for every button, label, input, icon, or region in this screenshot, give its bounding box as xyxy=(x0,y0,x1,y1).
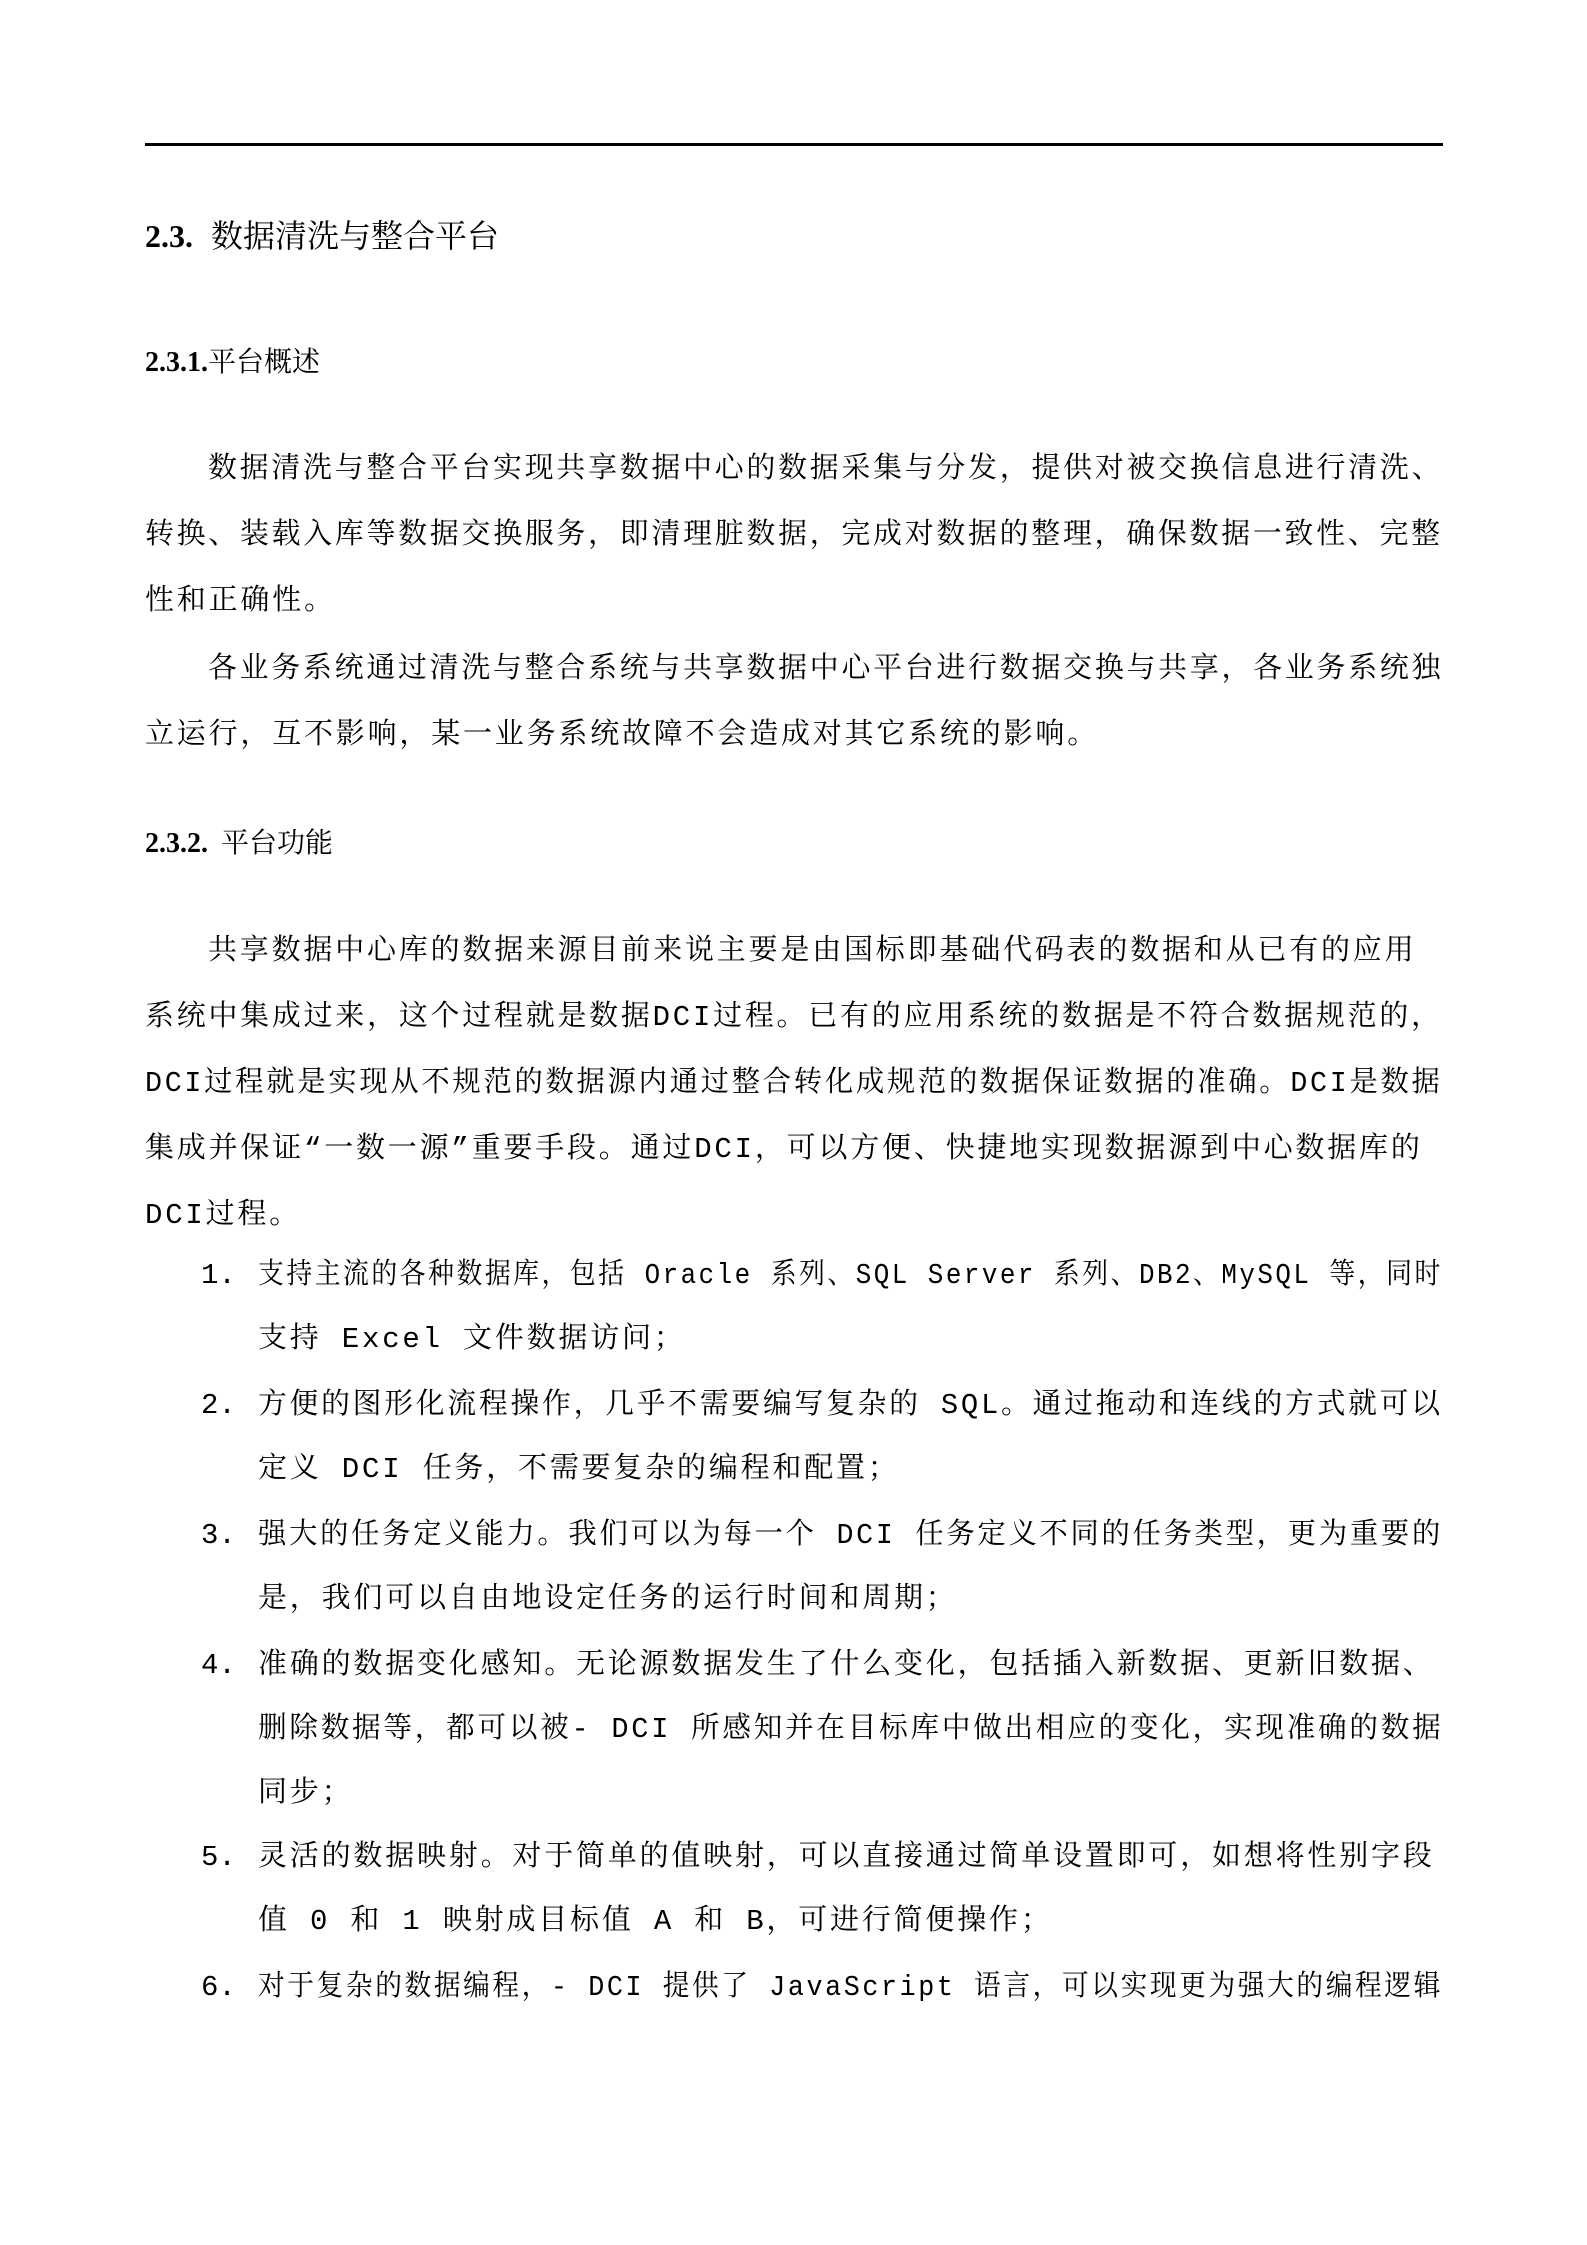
list-number: 5. xyxy=(201,1838,236,1878)
paragraph-line: 共享数据中心库的数据来源目前来说主要是由国标即基础代码表的数据和从已有的应用 xyxy=(208,932,1443,972)
paragraph-line: 各业务系统通过清洗与整合系统与共享数据中心平台进行数据交换与共享，各业务系统独 xyxy=(208,650,1438,690)
list-line: 支持 Excel 文件数据访问； xyxy=(258,1320,686,1360)
list-number: 6. xyxy=(201,1968,236,2008)
list-line: 支持主流的各种数据库，包括 Oracle 系列、SQL Server 系列、DB… xyxy=(258,1256,1443,1296)
section-number: 2.3. xyxy=(145,218,193,254)
list-line: 同步； xyxy=(258,1774,353,1814)
paragraph-line: 转换、装载入库等数据交换服务，即清理脏数据，完成对数据的整理，确保数据一致性、完… xyxy=(145,516,1437,556)
list-number: 3. xyxy=(201,1516,236,1556)
subsection-heading-overview: 2.3.1.平台概述 xyxy=(145,342,320,383)
subsection-heading-functions: 2.3.2. 平台功能 xyxy=(145,823,333,864)
subsection-title: 平台概述 xyxy=(208,345,320,378)
subsection-number: 2.3.2. xyxy=(145,828,208,859)
list-line: 值 0 和 1 映射成目标值 A 和 B，可进行简便操作； xyxy=(258,1902,1053,1942)
section-heading: 2.3. 数据清洗与整合平台 xyxy=(145,214,499,258)
paragraph-line: 立运行，互不影响，某一业务系统故障不会造成对其它系统的影响。 xyxy=(145,716,1443,756)
list-line: 灵活的数据映射。对于简单的值映射，可以直接通过简单设置即可，如想将性别字段 xyxy=(258,1838,1435,1878)
list-line: 对于复杂的数据编程，- DCI 提供了 JavaScript 语言，可以实现更为… xyxy=(258,1968,1443,2008)
subsection-title: 平台功能 xyxy=(221,826,333,859)
paragraph-line: 性和正确性。 xyxy=(145,582,1443,622)
paragraph-line: DCI过程。 xyxy=(145,1196,1443,1236)
paragraph-line: 系统中集成过来，这个过程就是数据DCI过程。已有的应用系统的数据是不符合数据规范… xyxy=(145,998,1440,1038)
paragraph-line: 集成并保证“一数一源”重要手段。通过DCI，可以方便、快捷地实现数据源到中心数据… xyxy=(145,1130,1443,1170)
header-rule xyxy=(145,143,1443,146)
list-line: 定义 DCI 任务，不需要复杂的编程和配置； xyxy=(258,1450,900,1490)
list-line: 强大的任务定义能力。我们可以为每一个 DCI 任务定义不同的任务类型，更为重要的 xyxy=(258,1516,1443,1556)
list-line: 方便的图形化流程操作，几乎不需要编写复杂的 SQL。通过拖动和连线的方式就可以 xyxy=(258,1386,1443,1426)
section-title: 数据清洗与整合平台 xyxy=(211,217,499,255)
list-number: 4. xyxy=(201,1646,236,1686)
document-page: 2.3. 数据清洗与整合平台 2.3.1.平台概述 数据清洗与整合平台实现共享数… xyxy=(0,0,1587,2245)
list-line: 删除数据等，都可以被- DCI 所感知并在目标库中做出相应的变化，实现准确的数据 xyxy=(258,1710,1443,1750)
list-line: 准确的数据变化感知。无论源数据发生了什么变化，包括插入新数据、更新旧数据、 xyxy=(258,1646,1435,1686)
paragraph-line: DCI过程就是实现从不规范的数据源内通过整合转化成规范的数据保证数据的准确。DC… xyxy=(145,1064,1412,1104)
list-number: 2. xyxy=(201,1386,236,1426)
paragraph-line: 数据清洗与整合平台实现共享数据中心的数据采集与分发，提供对被交换信息进行清洗、 xyxy=(208,450,1438,490)
subsection-number: 2.3.1. xyxy=(145,347,208,378)
list-number: 1. xyxy=(201,1256,236,1296)
list-line: 是，我们可以自由地设定任务的运行时间和周期； xyxy=(258,1580,958,1620)
